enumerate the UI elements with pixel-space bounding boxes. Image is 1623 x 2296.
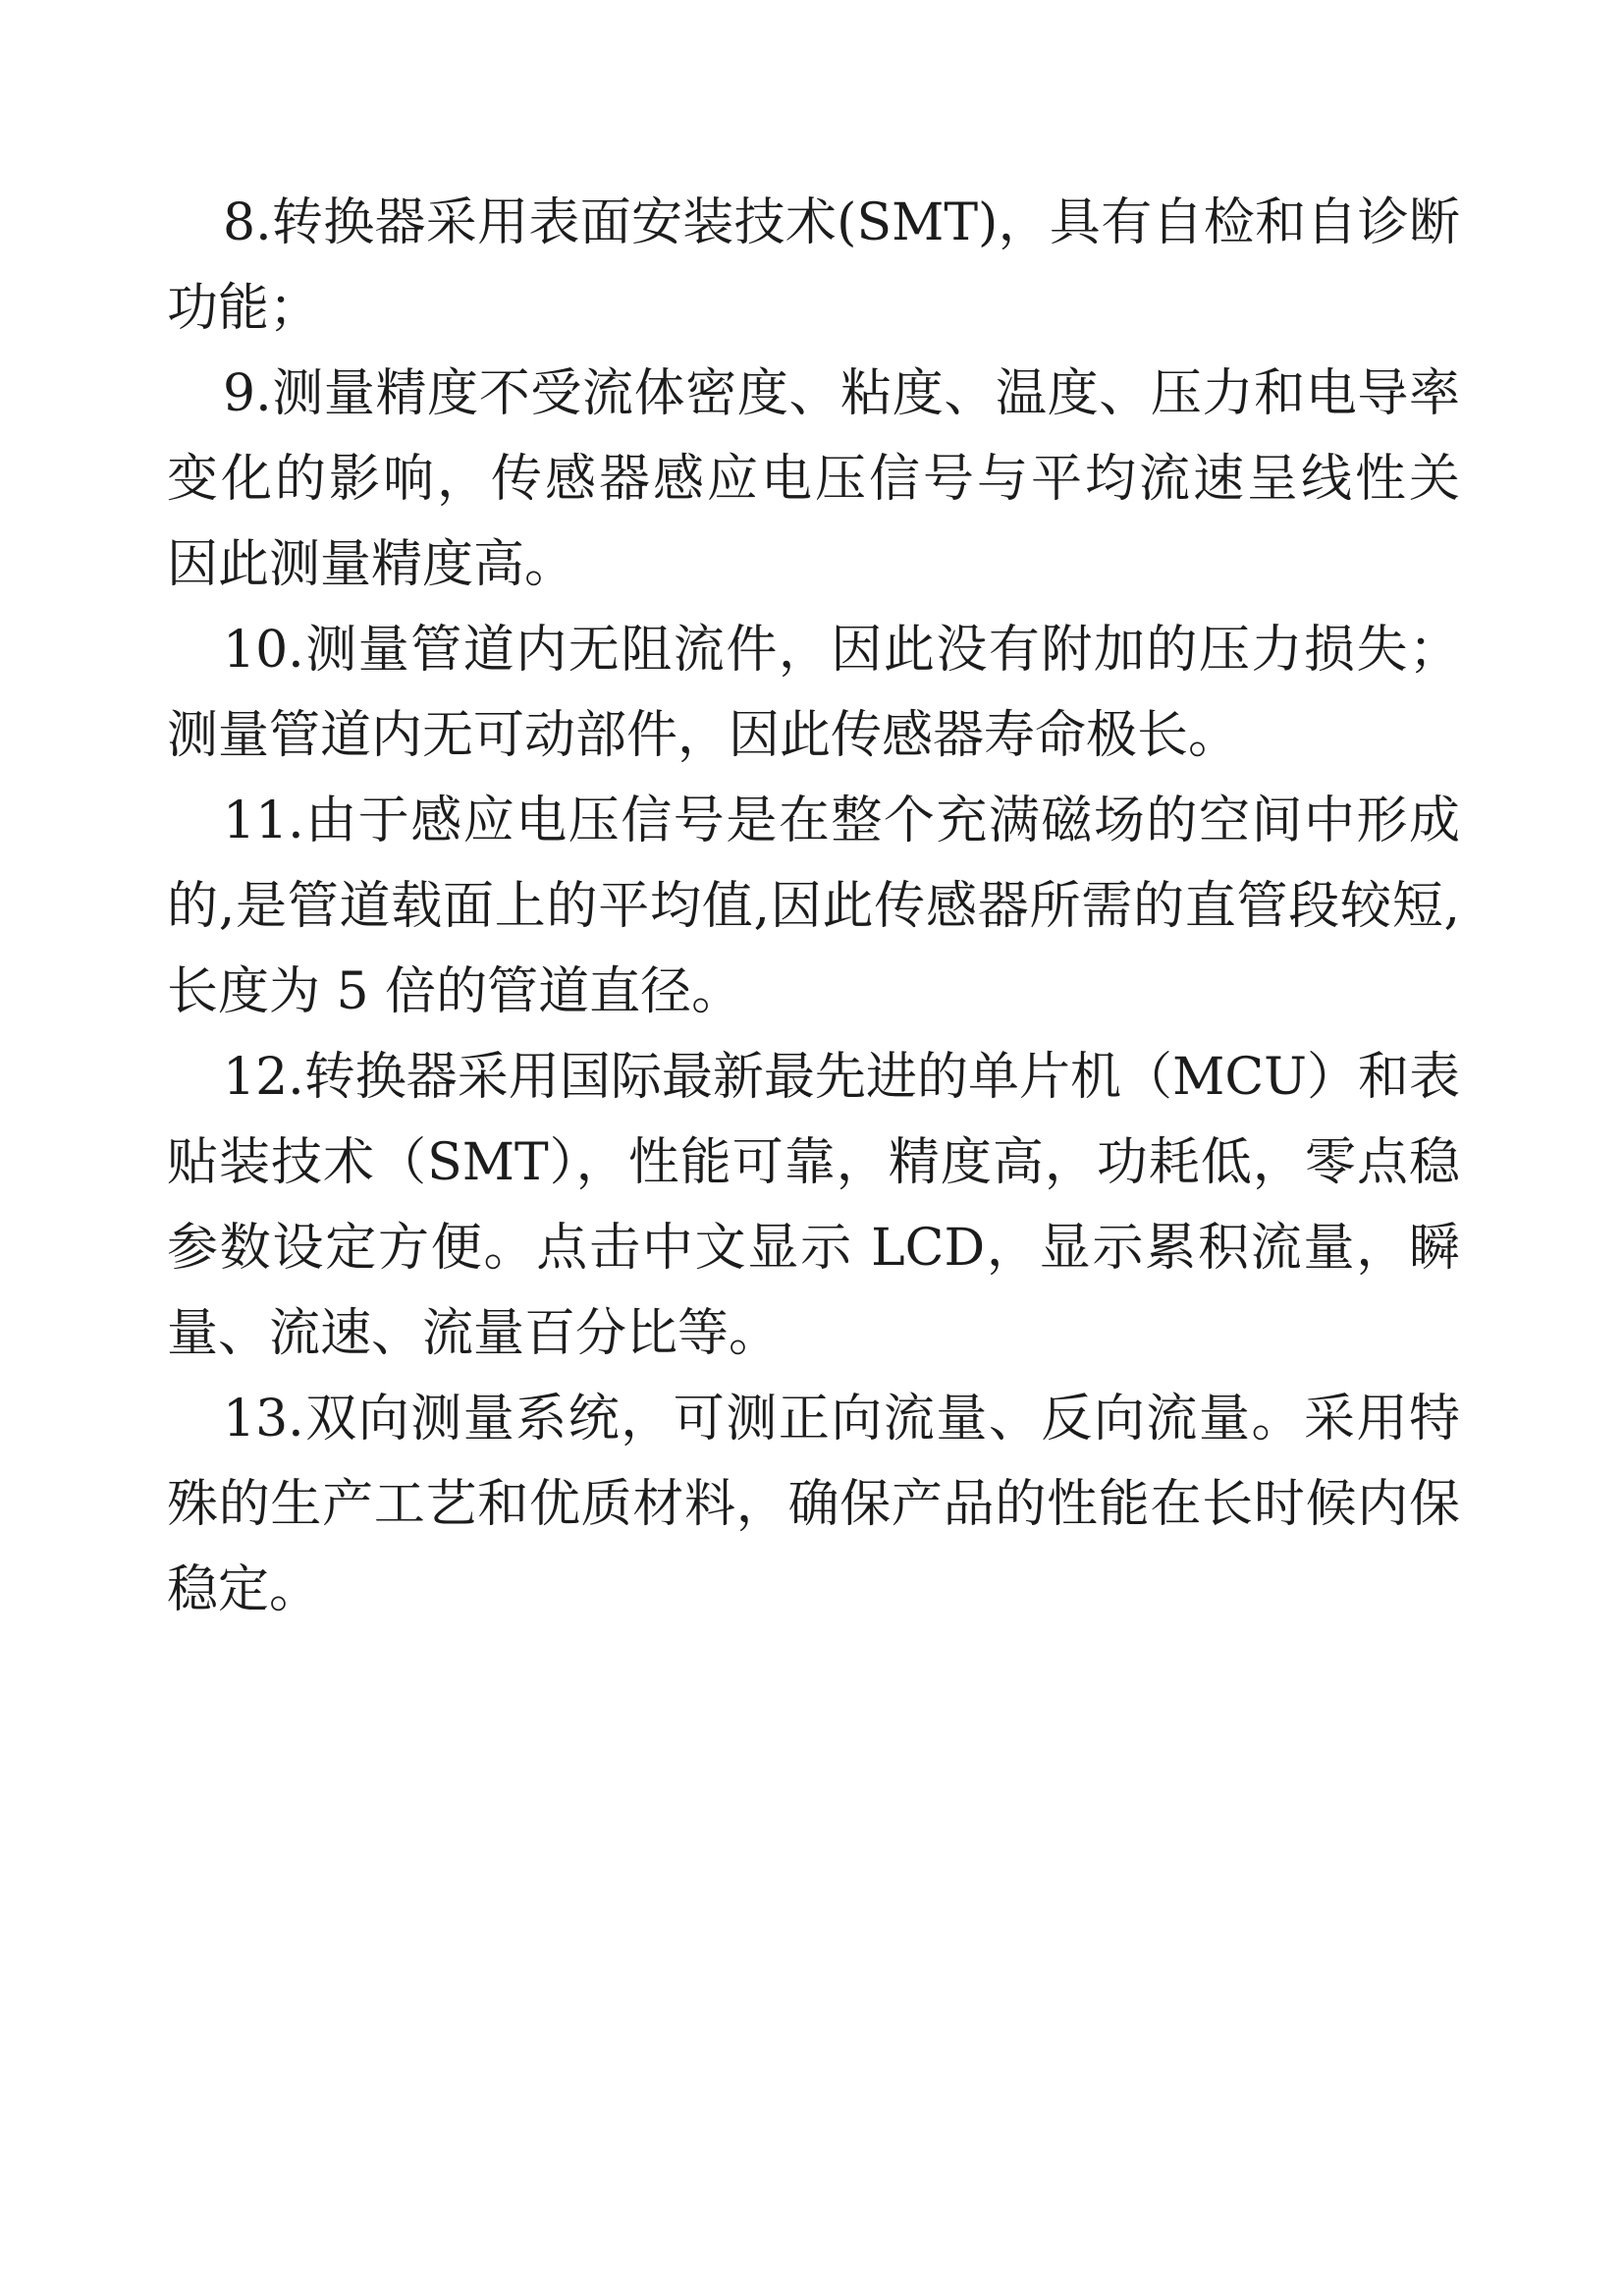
text-line: 量、流速、流量百分比等。 (167, 1291, 1460, 1377)
document-body: 8.转换器采用表面安装技术(SMT)，具有自检和自诊断功能；9.测量精度不受流体… (167, 181, 1460, 1633)
paragraph: 10.测量管道内无阻流件，因此没有附加的压力损失；测量管道内无可动部件，因此传感… (167, 608, 1460, 779)
text-line: 因此测量精度高。 (167, 522, 1460, 608)
text-line: 长度为 5 倍的管道直径。 (167, 950, 1460, 1035)
text-line: 13.双向测量系统，可测正向流量、反向流量。采用特 (167, 1377, 1460, 1462)
paragraph: 11.由于感应电压信号是在整个充满磁场的空间中形成的,是管道载面上的平均值,因此… (167, 779, 1460, 1035)
text-line: 参数设定方便。点击中文显示 LCD，显示累积流量，瞬时流 (167, 1206, 1460, 1291)
text-line: 测量管道内无可动部件，因此传感器寿命极长。 (167, 693, 1460, 779)
paragraph: 8.转换器采用表面安装技术(SMT)，具有自检和自诊断功能； (167, 181, 1460, 352)
text-line: 9.测量精度不受流体密度、粘度、温度、压力和电导率 (167, 352, 1460, 437)
text-line: 12.转换器采用国际最新最先进的单片机（MCU）和表面 (167, 1035, 1460, 1121)
paragraph: 13.双向测量系统，可测正向流量、反向流量。采用特殊的生产工艺和优质材料，确保产… (167, 1377, 1460, 1633)
text-line: 稳定。 (167, 1548, 1460, 1633)
paragraph: 9.测量精度不受流体密度、粘度、温度、压力和电导率变化的影响，传感器感应电压信号… (167, 352, 1460, 608)
document-page: 8.转换器采用表面安装技术(SMT)，具有自检和自诊断功能；9.测量精度不受流体… (0, 0, 1623, 2296)
text-line: 贴装技术（SMT），性能可靠，精度高，功耗低，零点稳定， (167, 1121, 1460, 1206)
text-line: 功能； (167, 266, 1460, 352)
text-line: 的,是管道载面上的平均值,因此传感器所需的直管段较短, (167, 864, 1460, 950)
text-line: 11.由于感应电压信号是在整个充满磁场的空间中形成 (167, 779, 1460, 864)
paragraph: 12.转换器采用国际最新最先进的单片机（MCU）和表面贴装技术（SMT），性能可… (167, 1035, 1460, 1377)
text-line: 10.测量管道内无阻流件，因此没有附加的压力损失； (167, 608, 1460, 693)
text-line: 变化的影响，传感器感应电压信号与平均流速呈线性关系， (167, 437, 1460, 522)
text-line: 殊的生产工艺和优质材料，确保产品的性能在长时候内保持 (167, 1462, 1460, 1548)
text-line: 8.转换器采用表面安装技术(SMT)，具有自检和自诊断 (167, 181, 1460, 266)
